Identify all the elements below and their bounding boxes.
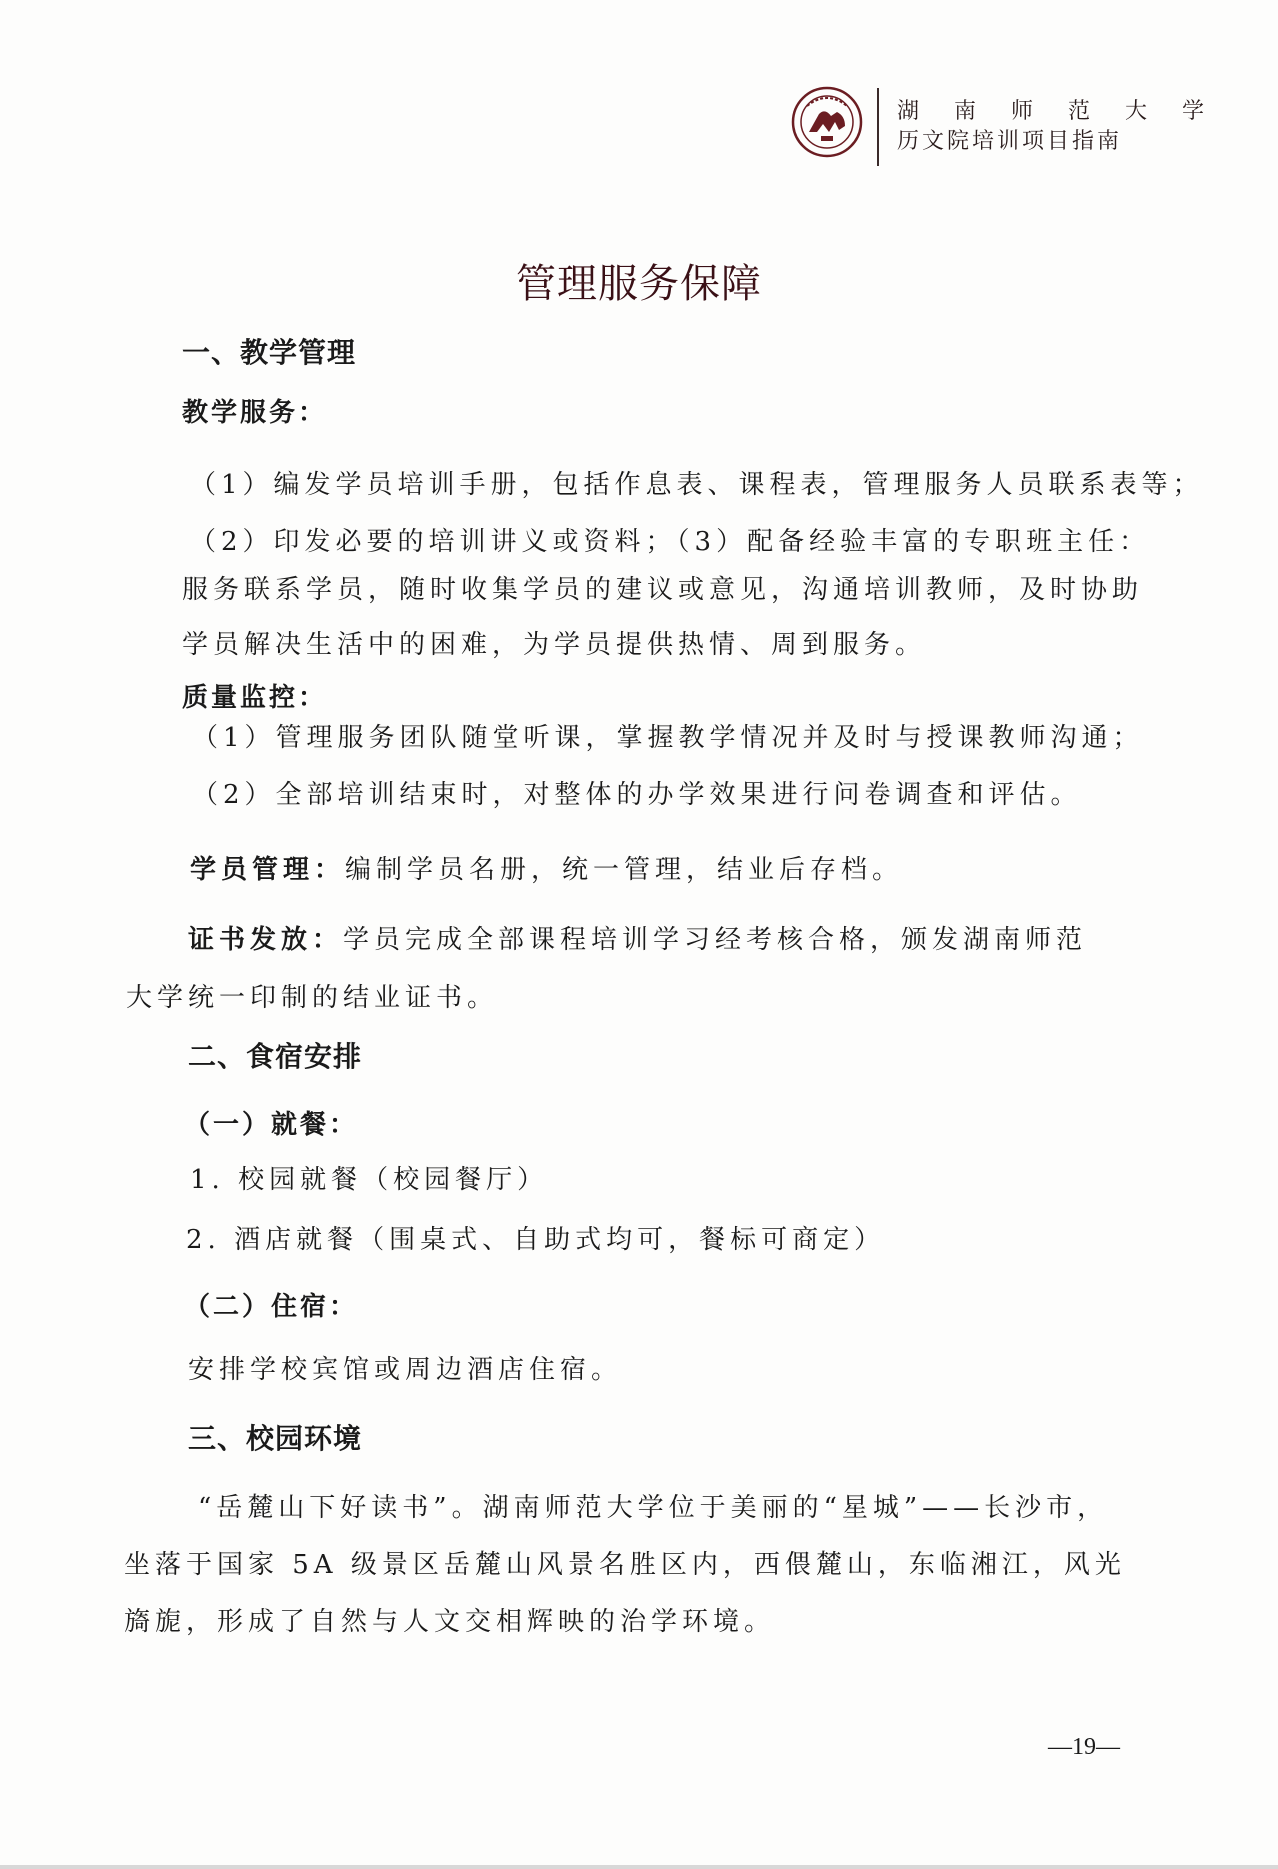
dining-label: （一）就餐： (184, 1110, 358, 1140)
section-heading-board: 二、食宿安排 (188, 1042, 362, 1072)
certificate-text-continued: 大学统一印制的结业证书。 (126, 983, 498, 1013)
student-management-text: 编制学员名册，统一管理，结业后存档。 (345, 855, 903, 885)
service-line-4: 学员解决生活中的困难，为学员提供热情、周到服务。 (182, 630, 926, 660)
campus-line-1: “岳麓山下好读书”。湖南师范大学位于美丽的“星城”——长沙市， (198, 1493, 1108, 1523)
student-management-label: 学员管理： (190, 855, 345, 885)
student-management-paragraph: 学员管理：编制学员名册，统一管理，结业后存档。 (190, 855, 903, 885)
dining-item-1: 1. 校园就餐（校园餐厅） (190, 1165, 548, 1195)
quality-line-1: （1）管理服务团队随堂听课，掌握教学情况并及时与授课教师沟通； (192, 723, 1144, 753)
certificate-label: 证书发放： (188, 925, 343, 955)
section-heading-campus: 三、校园环境 (188, 1424, 362, 1454)
certificate-text: 学员完成全部课程培训学习经考核合格，颁发湖南师范 (343, 925, 1087, 955)
teaching-service-label: 教学服务： (182, 398, 327, 428)
service-line-3: 服务联系学员，随时收集学员的建议或意见，沟通培训教师，及时协助 (182, 575, 1143, 605)
section-heading-teaching: 一、教学管理 (182, 338, 356, 368)
campus-line-3: 旖旎，形成了自然与人文交相辉映的治学环境。 (124, 1607, 775, 1637)
service-line-1: （1）编发学员培训手册，包括作息表、课程表，管理服务人员联系表等； (190, 470, 1204, 500)
dining-item-2: 2. 酒店就餐（围桌式、自助式均可，餐标可商定） (186, 1225, 885, 1255)
quality-control-label: 质量监控： (182, 683, 327, 713)
header-subtitle: 历文院培训项目指南 (897, 124, 1122, 155)
page-title: 管理服务保障 (0, 252, 1278, 309)
campus-line-2: 坐落于国家 5A 级景区岳麓山风景名胜区内，西偎麓山，东临湘江，风光 (124, 1550, 1126, 1580)
lodging-label: （二）住宿： (184, 1292, 358, 1322)
quality-line-2: （2）全部培训结束时，对整体的办学效果进行问卷调查和评估。 (192, 780, 1082, 810)
service-line-2: （2）印发必要的培训讲义或资料；（3）配备经验丰富的专职班主任： (190, 527, 1150, 557)
scan-edge (0, 1865, 1278, 1869)
page-number: —19— (1048, 1734, 1120, 1761)
certificate-paragraph: 证书发放：学员完成全部课程培训学习经考核合格，颁发湖南师范 (188, 925, 1087, 955)
document-page: 湖 南 师 范 大 学 历文院培训项目指南 管理服务保障 一、教学管理 教学服务… (0, 0, 1278, 1869)
header-institution: 湖 南 师 范 大 学 (897, 94, 1218, 125)
lodging-text: 安排学校宾馆或周边酒店住宿。 (188, 1355, 622, 1385)
header-divider (877, 88, 879, 166)
university-logo-icon (791, 86, 863, 158)
